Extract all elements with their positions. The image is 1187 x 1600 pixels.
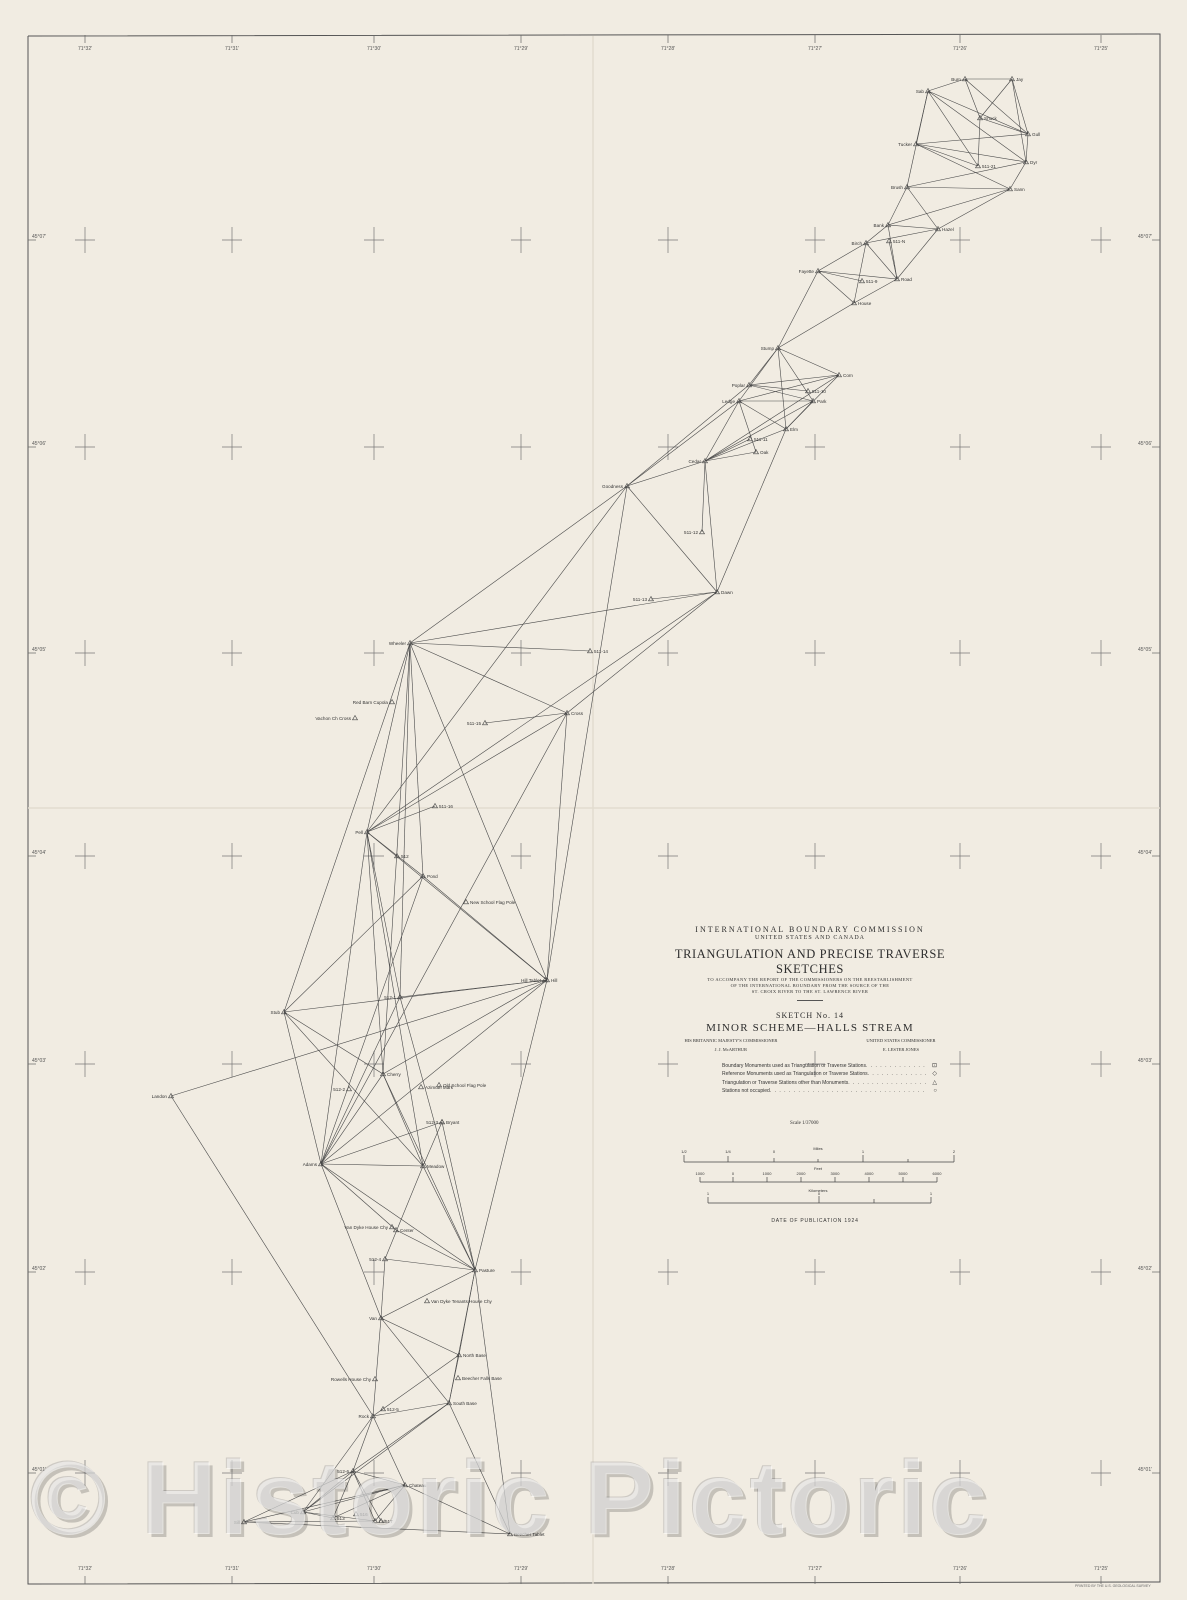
station-label: 511-21 bbox=[982, 164, 996, 169]
feet-tick: 3000 bbox=[831, 1171, 841, 1176]
station: Landon bbox=[152, 1094, 174, 1100]
station-label: Jay bbox=[1016, 77, 1024, 82]
triangulation-line bbox=[978, 118, 980, 166]
title-block: INTERNATIONAL BOUNDARY COMMISSION UNITED… bbox=[640, 925, 980, 1052]
station-label: Burn bbox=[951, 77, 961, 82]
longitude-label: 71°27' bbox=[808, 46, 822, 52]
station-label: Poplar bbox=[732, 383, 746, 388]
station-label: Red Barn Cupola bbox=[353, 700, 389, 705]
feet-tick: 1000 bbox=[763, 1171, 773, 1176]
triangulation-line bbox=[854, 243, 866, 303]
triangulation-line bbox=[284, 1012, 423, 1166]
station-label: Cherry bbox=[387, 1072, 401, 1077]
triangulation-line bbox=[547, 486, 627, 980]
station-label: Van Dyke House Chy bbox=[344, 1225, 388, 1230]
latitude-label: 45°06' bbox=[32, 441, 46, 447]
station-label: 511-14 bbox=[594, 649, 608, 654]
station-label: Dawn bbox=[721, 590, 733, 595]
commissioners: HIS BRITANNIC MAJESTY'S COMMISSIONER J. … bbox=[640, 1038, 980, 1052]
station-label: 512-5 bbox=[387, 1407, 399, 1412]
triangulation-line bbox=[410, 643, 567, 713]
station-label: Shuck bbox=[984, 116, 997, 121]
station-label: New School Flag Pole bbox=[470, 900, 516, 905]
triangulation-line bbox=[907, 162, 1026, 187]
latitude-label: 45°03' bbox=[32, 1058, 46, 1064]
legend-item: Boundary Monuments used as Triangulation… bbox=[722, 1062, 937, 1070]
commissioner-role: HIS BRITANNIC MAJESTY'S COMMISSIONER bbox=[685, 1038, 778, 1043]
fold-lines bbox=[28, 36, 1160, 1584]
triangulation-line bbox=[459, 1270, 475, 1355]
triangulation-line bbox=[410, 592, 717, 643]
station-label: Oak bbox=[760, 450, 769, 455]
station: 512-2 bbox=[333, 1087, 351, 1093]
station-label: 512 bbox=[401, 854, 409, 859]
triangulation-line bbox=[381, 1270, 475, 1318]
triangulation-line bbox=[907, 91, 928, 187]
latitude-label: 45°07' bbox=[32, 234, 46, 240]
commissioner-us: UNITED STATES COMMISSIONER E. LESTER JON… bbox=[866, 1038, 935, 1052]
longitude-label: 71°28' bbox=[661, 1566, 675, 1572]
longitude-label: 71°31' bbox=[225, 1566, 239, 1572]
station-label: 512-3 bbox=[426, 1120, 438, 1125]
longitude-label: 71°27' bbox=[808, 1566, 822, 1572]
triangulation-line bbox=[965, 79, 1028, 134]
triangulation-line bbox=[284, 876, 423, 1012]
latitude-label: 45°07' bbox=[1138, 234, 1152, 240]
triangulation-line bbox=[786, 375, 839, 429]
triangulation-line bbox=[171, 980, 547, 1096]
triangulation-line bbox=[321, 832, 367, 1164]
triangulation-line bbox=[547, 713, 567, 980]
triangulation-line bbox=[321, 1122, 442, 1164]
longitude-label: 71°30' bbox=[367, 1566, 381, 1572]
triangulation-station-icon: △ bbox=[927, 1079, 937, 1087]
station-label: 511-10 bbox=[812, 389, 826, 394]
longitude-label: 71°25' bbox=[1094, 46, 1108, 52]
station-label: 511-9 bbox=[866, 279, 878, 284]
station-label: Hazel bbox=[942, 227, 954, 232]
station-label: Sab bbox=[916, 89, 925, 94]
triangulation-line bbox=[888, 225, 938, 229]
longitude-label: 71°25' bbox=[1094, 1566, 1108, 1572]
station-marker-icon bbox=[456, 1376, 461, 1380]
station: Dawn bbox=[715, 590, 734, 596]
triangulation-line bbox=[739, 348, 778, 401]
graticule-ticks bbox=[28, 35, 1160, 1584]
triangulation-line bbox=[1026, 134, 1028, 162]
triangulation-line bbox=[367, 592, 717, 832]
longitude-label: 71°28' bbox=[661, 46, 675, 52]
triangulation-line bbox=[818, 271, 897, 279]
station-label: Park bbox=[817, 399, 827, 404]
triangulation-line bbox=[367, 806, 435, 832]
triangulation-line bbox=[916, 144, 1026, 162]
triangulation-line bbox=[423, 876, 547, 980]
station-label: Ledge bbox=[722, 399, 735, 404]
triangulation-line bbox=[449, 1355, 459, 1403]
station: 511-14 bbox=[588, 649, 609, 655]
miles-label: Miles bbox=[813, 1146, 822, 1151]
station: Cross bbox=[565, 711, 584, 717]
station-label: Pond bbox=[427, 874, 438, 879]
station: Adams bbox=[303, 1162, 324, 1168]
station-label: Elm bbox=[790, 427, 798, 432]
station-label: Stub bbox=[271, 1010, 281, 1015]
station-label: Wheeler bbox=[389, 641, 407, 646]
station-label: Dyr bbox=[1030, 160, 1038, 165]
triangulation-line bbox=[423, 1166, 475, 1270]
boundary-monument-icon: ⊡ bbox=[927, 1062, 937, 1070]
station-label: South Base bbox=[453, 1401, 477, 1406]
triangulation-line bbox=[866, 243, 897, 279]
station: 511-15 bbox=[467, 721, 487, 727]
station-label: 511-15 bbox=[467, 721, 481, 726]
legend-item: Triangulation or Traverse Stations other… bbox=[722, 1079, 937, 1087]
longitude-label: 71°32' bbox=[78, 1566, 92, 1572]
station: 511-13 bbox=[633, 597, 653, 603]
triangulation-line bbox=[475, 980, 547, 1270]
triangulation-line bbox=[888, 187, 907, 225]
station-marker-icon bbox=[433, 804, 438, 808]
triangulation-line bbox=[717, 429, 786, 592]
triangulation-line bbox=[702, 461, 705, 532]
station-label: 511-11 bbox=[754, 437, 768, 442]
station-label: Stump bbox=[761, 346, 775, 351]
triangulation-line bbox=[381, 1259, 385, 1318]
triangulation-line bbox=[705, 401, 739, 461]
triangulation-line bbox=[749, 385, 808, 391]
station-label: 512-1 bbox=[384, 995, 396, 1000]
description-line: ST. CROIX RIVER TO THE ST. LAWRENCE RIVE… bbox=[640, 989, 980, 995]
station: Van Dyke Tenants House Chy bbox=[425, 1299, 493, 1305]
triangulation-line bbox=[907, 187, 938, 229]
triangulation-line bbox=[1010, 162, 1026, 189]
triangulation-line bbox=[385, 1166, 423, 1259]
station-marker-icon bbox=[419, 1085, 424, 1089]
triangulation-line bbox=[818, 271, 854, 303]
feet-tick: 6000 bbox=[933, 1171, 943, 1176]
station: New School Flag Pole bbox=[464, 900, 516, 906]
triangulation-line bbox=[423, 1122, 442, 1166]
legend-item: Reference Monuments used as Triangulatio… bbox=[722, 1070, 937, 1078]
station-label: North Base bbox=[463, 1353, 486, 1358]
triangulation-line bbox=[381, 1318, 459, 1355]
station-label: Road bbox=[901, 277, 912, 282]
scale-labels: Miles1/21/4012Feet1000010002000300040005… bbox=[681, 1146, 956, 1196]
miles-tick: 0 bbox=[773, 1149, 776, 1154]
reference-monument-icon: ◇ bbox=[927, 1070, 937, 1078]
station: 511-12 bbox=[684, 530, 704, 536]
triangulation-line bbox=[888, 189, 1010, 225]
feet-tick: 1000 bbox=[696, 1171, 706, 1176]
triangulation-line bbox=[284, 643, 410, 1012]
triangulation-line bbox=[916, 134, 1028, 144]
triangulation-line bbox=[383, 1074, 423, 1166]
triangulation-line bbox=[373, 1355, 459, 1416]
station-label: Cross bbox=[571, 711, 584, 716]
feet-tick: 4000 bbox=[865, 1171, 875, 1176]
station: Fayette bbox=[799, 269, 821, 275]
latitude-label: 45°03' bbox=[1138, 1058, 1152, 1064]
triangulation-line bbox=[627, 461, 705, 486]
triangulation-line bbox=[889, 241, 897, 279]
station-label: Goodness bbox=[602, 484, 624, 489]
triangulation-line bbox=[383, 980, 547, 1074]
station-label: Meadow bbox=[427, 1164, 445, 1169]
station: Sann bbox=[1008, 187, 1026, 193]
triangulation-line bbox=[916, 144, 978, 166]
triangulation-line bbox=[739, 401, 786, 429]
station-label: Landon bbox=[152, 1094, 168, 1099]
station: Van Dyke House Chy bbox=[344, 1225, 394, 1231]
unoccupied-station-icon: ○ bbox=[927, 1087, 937, 1095]
station: Beecher Falls Base bbox=[456, 1376, 503, 1382]
station: Rowells House Chy bbox=[331, 1377, 378, 1383]
triangulation-line bbox=[396, 1230, 475, 1270]
triangulation-line bbox=[284, 980, 547, 1012]
station-marker-icon bbox=[353, 716, 358, 720]
commissioner-british: HIS BRITANNIC MAJESTY'S COMMISSIONER J. … bbox=[685, 1038, 778, 1052]
miles-tick: 1 bbox=[862, 1149, 865, 1154]
station: Road bbox=[895, 277, 913, 283]
station-label: Birch bbox=[852, 241, 863, 246]
triangulation-line bbox=[888, 225, 897, 279]
station-label: 511-N bbox=[893, 239, 905, 244]
triangulation-line bbox=[705, 375, 839, 461]
commissioner-name: J. J. McARTHUR bbox=[685, 1047, 778, 1052]
neatline bbox=[28, 34, 1160, 1584]
triangulation-line bbox=[321, 1164, 381, 1318]
triangulation-line bbox=[171, 1096, 373, 1416]
station: Pasture bbox=[473, 1268, 496, 1274]
triangulation-line bbox=[980, 79, 1012, 118]
station-label: Pell bbox=[355, 830, 363, 835]
miles-tick: 2 bbox=[953, 1149, 956, 1154]
scale-title: Scale 1/37000 bbox=[790, 1121, 818, 1126]
station-label: Van bbox=[369, 1316, 377, 1321]
main-title: TRIANGULATION AND PRECISE TRAVERSE SKETC… bbox=[640, 947, 980, 977]
feet-tick: 2000 bbox=[797, 1171, 807, 1176]
commissioner-name: E. LESTER JONES bbox=[866, 1047, 935, 1052]
station: House bbox=[852, 301, 872, 307]
triangulation-line bbox=[705, 461, 717, 592]
station-label: Hill bbox=[551, 978, 557, 983]
triangulation-line bbox=[410, 643, 547, 980]
triangulation-line bbox=[627, 401, 739, 486]
triangulation-line bbox=[321, 980, 547, 1164]
station: South Base bbox=[447, 1401, 478, 1407]
organization: INTERNATIONAL BOUNDARY COMMISSION bbox=[640, 925, 980, 934]
stations: BurnJaySabShuckGullTucker511-21DyrBrushS… bbox=[152, 77, 1041, 1538]
latitude-label: 45°01' bbox=[1138, 1467, 1152, 1473]
triangulation-line bbox=[373, 1318, 381, 1416]
triangulation-line bbox=[818, 271, 862, 281]
longitude-label: 71°26' bbox=[953, 1566, 967, 1572]
triangulation-line bbox=[442, 1122, 475, 1270]
station-label: 512-4 bbox=[369, 1257, 381, 1262]
station-label: Tucker bbox=[898, 142, 912, 147]
station-label: Adams bbox=[303, 1162, 318, 1167]
station-label: Brush bbox=[891, 185, 903, 190]
station-label: 512-2 bbox=[333, 1087, 345, 1092]
triangulation-line bbox=[367, 713, 567, 832]
triangulation-line bbox=[928, 91, 978, 166]
station: Hazel bbox=[936, 227, 954, 233]
triangulation-line bbox=[400, 643, 410, 997]
latitude-label: 45°06' bbox=[1138, 441, 1152, 447]
station-label: Bank bbox=[874, 223, 885, 228]
triangulation-line bbox=[410, 643, 423, 876]
longitude-label: 71°26' bbox=[953, 46, 967, 52]
station-label: 511-16 bbox=[439, 804, 453, 809]
station-label: Corn bbox=[843, 373, 853, 378]
triangulation-line bbox=[705, 429, 786, 461]
station-label: Hill Tablet bbox=[521, 978, 542, 983]
station: Red Barn Cupola bbox=[353, 700, 395, 706]
triangulation-line bbox=[410, 643, 590, 651]
commissioner-role: UNITED STATES COMMISSIONER bbox=[866, 1038, 935, 1043]
watermark: © Historic Pictoric bbox=[30, 1440, 990, 1559]
triangulation-map: 71°32'71°31'71°30'71°29'71°28'71°27'71°2… bbox=[0, 0, 1187, 1600]
longitude-label: 71°30' bbox=[367, 46, 381, 52]
triangulation-line bbox=[284, 1012, 321, 1164]
station: 511-9 bbox=[860, 279, 878, 285]
longitude-label: 71°29' bbox=[514, 1566, 528, 1572]
feet-tick: 5000 bbox=[899, 1171, 909, 1176]
station-label: 511-12 bbox=[684, 530, 698, 535]
triangulation-line bbox=[897, 229, 938, 279]
station-label: Center bbox=[400, 1228, 414, 1233]
station-label: Vachon Ch Cross bbox=[315, 716, 351, 721]
station: Old School Flag Pole bbox=[437, 1083, 487, 1089]
latitude-label: 45°05' bbox=[32, 647, 46, 653]
triangulation-line bbox=[938, 189, 1010, 229]
triangulation-line bbox=[651, 592, 717, 599]
station: 511-11 bbox=[748, 437, 769, 443]
triangulation-line bbox=[381, 1318, 449, 1403]
station-label: Gull bbox=[1032, 132, 1040, 137]
triangulation-line bbox=[749, 385, 813, 401]
station-marker-icon bbox=[373, 1377, 378, 1381]
station-label: Pasture bbox=[479, 1268, 495, 1273]
triangulation-line bbox=[321, 1164, 423, 1166]
longitude-label: 71°29' bbox=[514, 46, 528, 52]
station-label: Rowells House Chy bbox=[331, 1377, 372, 1382]
triangulation-line bbox=[321, 1164, 475, 1270]
station-label: Cedar bbox=[688, 459, 701, 464]
station: Vachon Ch Cross bbox=[315, 716, 357, 722]
miles-tick: 1/4 bbox=[725, 1149, 731, 1154]
triangulation-line bbox=[705, 439, 750, 461]
triangulation-line bbox=[818, 243, 866, 271]
station-label: Fayette bbox=[799, 269, 815, 274]
latitude-label: 45°02' bbox=[32, 1266, 46, 1272]
triangulation-line bbox=[410, 486, 627, 643]
station-label: Beecher Falls Base bbox=[462, 1376, 502, 1381]
scheme-title: MINOR SCHEME—HALLS STREAM bbox=[640, 1022, 980, 1034]
graticule-labels: 71°32'71°31'71°30'71°29'71°28'71°27'71°2… bbox=[32, 46, 1152, 1572]
station-marker-icon bbox=[425, 1299, 430, 1303]
feet-label: Feet bbox=[814, 1166, 823, 1171]
latitude-label: 45°04' bbox=[1138, 850, 1152, 856]
printer-note: PRINTED BY THE U.S. GEOLOGICAL SURVEY bbox=[1075, 1584, 1151, 1588]
station-label: Van Dyke Tenants House Chy bbox=[431, 1299, 493, 1304]
triangulation-line bbox=[485, 713, 567, 723]
publication-date: DATE OF PUBLICATION 1924 bbox=[755, 1218, 875, 1224]
legend: Boundary Monuments used as Triangulation… bbox=[722, 1062, 937, 1095]
station-label: Rock bbox=[359, 1414, 370, 1419]
triangulation-line bbox=[321, 1164, 396, 1230]
station-label: Sann bbox=[1014, 187, 1025, 192]
km-tick: 1 bbox=[930, 1191, 933, 1196]
triangulation-lines bbox=[171, 79, 1028, 1534]
countries: UNITED STATES AND CANADA bbox=[640, 935, 980, 941]
triangulation-line bbox=[321, 876, 423, 1164]
legend-item: Stations not occupied . . . . . . . . . … bbox=[722, 1087, 937, 1095]
station-label: Old School Flag Pole bbox=[443, 1083, 487, 1088]
station-label: House bbox=[858, 301, 872, 306]
station-label: Bryant bbox=[446, 1120, 460, 1125]
miles-tick: 1/2 bbox=[681, 1149, 687, 1154]
station: Tucker bbox=[898, 142, 918, 148]
km-tick: 1 bbox=[707, 1191, 710, 1196]
divider bbox=[797, 1000, 823, 1001]
feet-tick: 0 bbox=[732, 1171, 735, 1176]
sketch-number: SKETCH No. 14 bbox=[640, 1011, 980, 1020]
latitude-label: 45°05' bbox=[1138, 647, 1152, 653]
station: 511-10 bbox=[806, 389, 827, 395]
longitude-label: 71°31' bbox=[225, 46, 239, 52]
station: North Base bbox=[457, 1353, 487, 1359]
triangulation-line bbox=[907, 187, 1010, 189]
latitude-label: 45°02' bbox=[1138, 1266, 1152, 1272]
station-label: 511-13 bbox=[633, 597, 647, 602]
latitude-label: 45°04' bbox=[32, 850, 46, 856]
station: 512-5 bbox=[381, 1407, 400, 1413]
longitude-label: 71°32' bbox=[78, 46, 92, 52]
station: 511-21 bbox=[976, 164, 997, 170]
